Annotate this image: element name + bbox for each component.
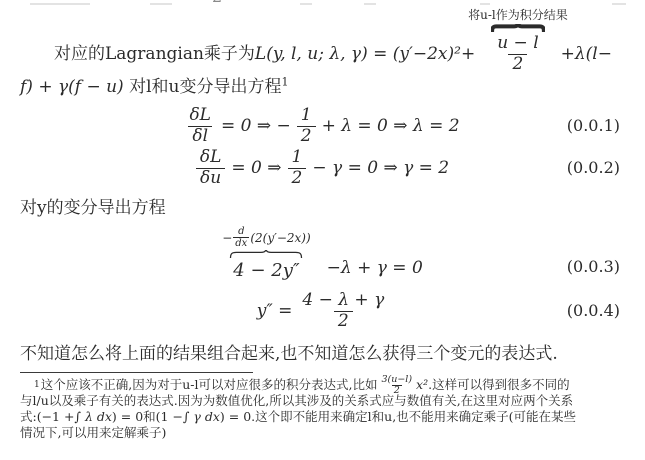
footnote-text: .这样可以得到很多不同的 (428, 377, 569, 393)
equation-number: (0.0.1) (567, 116, 620, 137)
equation-number: (0.0.3) (567, 257, 620, 278)
footnote-line: 1这个应该不正确,因为对于u-l可以对应很多的积分表达式,比如 3(u−l) 2… (20, 377, 631, 393)
clipped-mark (364, 3, 376, 5)
fraction-numerator: 3(u−l) (379, 375, 414, 385)
clipped-mark (300, 3, 312, 5)
fraction-numerator: δL (196, 148, 226, 168)
paragraph-line: f) + γ(f − u) 对l和u变分导出方程1 (20, 76, 629, 100)
footnote: 1这个应该不正确,因为对于u-l可以对应很多的积分表达式,比如 3(u−l) 2… (20, 377, 631, 441)
fraction: 1 2 (288, 148, 307, 188)
fraction: d dx (233, 226, 249, 250)
footnote-text: 这个应该不正确,因为对于u-l可以对应很多的积分表达式,比如 (41, 377, 378, 393)
clipped-mark (612, 3, 626, 5)
fraction-denominator: 2 (508, 54, 527, 75)
fraction: δL δl (185, 106, 215, 146)
equation-number: (0.0.4) (567, 301, 620, 322)
equation-text: = 0 ⇒ (231, 157, 281, 179)
equation-text: 4 − 2y″ (233, 259, 299, 282)
clipped-mark (150, 3, 172, 5)
footnote-text: ) = 0和(1 − (112, 409, 183, 425)
inline-math: ∫ λ dx (74, 409, 111, 425)
equation-text: y″ = (257, 300, 293, 322)
footnote-line: 式:(−1 + ∫ λ dx) = 0和(1 − ∫ γ dx) = 0.这个即… (20, 409, 631, 425)
fraction-denominator: δl (188, 126, 212, 147)
fraction-numerator: δL (185, 106, 215, 126)
overbrace-icon (229, 250, 303, 258)
equation-number: (0.0.2) (567, 158, 620, 179)
overbrace-annotation: 将u-l作为积分结果 (468, 8, 568, 24)
intro-paragraph: 对应的Lagrangian乘子为L(y, l, u; λ, γ) = (y′−2… (20, 36, 629, 100)
clipped-mark (480, 3, 490, 5)
footnote-text: 式:(−1 + (20, 409, 74, 425)
overbrace-annotation: − d dx (2(y′−2x)) (222, 226, 310, 250)
equation-body: y″ = 4 − λ + γ 2 (257, 291, 388, 331)
equation-text: + λ = 0 ⇒ λ = 2 (322, 115, 460, 137)
clipped-fragment: 2 (212, 0, 222, 7)
variation-paragraph: 对y的变分导出方程 (20, 197, 166, 219)
footnote-reference: 1 (282, 75, 289, 88)
footnote-rule (20, 372, 253, 373)
paragraph-text: 对应的Lagrangian乘子为 (54, 43, 255, 65)
inline-math: f) + γ(f − u) (20, 77, 124, 97)
document-page: 2 对应的Lagrangian乘子为L(y, l, u; λ, γ) = (y′… (0, 0, 645, 460)
fraction-numerator: 1 (288, 148, 307, 168)
fraction-numerator: 1 (297, 106, 316, 126)
fraction-numerator: 4 − λ + γ (298, 291, 388, 311)
equation-body: δL δl = 0 ⇒ − 1 2 + λ = 0 ⇒ λ = 2 (185, 106, 459, 146)
equation-text: −λ + γ = 0 (327, 257, 423, 282)
fraction-numerator: u − l (493, 34, 542, 54)
fraction-denominator: 2 (297, 126, 316, 147)
fraction: δL δu (196, 148, 226, 188)
footnote-line: 与l/u以及乘子有关的表达式.因为为数值优化,所以其涉及的关系式应与数值有关,在… (20, 393, 631, 409)
annotated-term: − d dx (2(y′−2x)) 4 − 2y″ (222, 226, 310, 282)
clipped-mark (30, 3, 90, 5)
fraction-denominator: δu (196, 168, 225, 189)
footnote-text: ) = 0.这个即不能用来确定l和u,也不能用来确定乘子(可能在某些 (220, 409, 576, 425)
annotated-fraction: 将u-l作为积分结果 u − l 2 (493, 34, 542, 74)
fraction-denominator: dx (233, 237, 249, 250)
fraction: u − l 2 (493, 34, 542, 74)
annotation-text: − (222, 232, 232, 244)
equation-004: y″ = 4 − λ + γ 2 (0.0.4) (20, 288, 625, 334)
equation-body: δL δu = 0 ⇒ 1 2 − γ = 0 ⇒ γ = 2 (196, 148, 449, 188)
equation-001: δL δl = 0 ⇒ − 1 2 + λ = 0 ⇒ λ = 2 (0.0.1… (20, 104, 625, 148)
equation-text: = 0 ⇒ − (221, 115, 291, 137)
fraction: 1 2 (297, 106, 316, 146)
closing-paragraph: 不知道怎么将上面的结果组合起来,也不知道怎么获得三个变元的表达式. (20, 343, 629, 365)
fraction: 4 − λ + γ 2 (298, 291, 388, 331)
overbrace-icon (491, 24, 545, 32)
fraction-denominator: 2 (334, 311, 353, 332)
fraction-numerator: d (236, 226, 246, 238)
inline-math: L(y, l, u; λ, γ) = (y′−2x)²+ (255, 43, 475, 65)
clipped-previous-line: 2 (0, 0, 645, 7)
inline-math: ∫ γ dx (183, 409, 220, 425)
equation-text: − γ = 0 ⇒ γ = 2 (312, 157, 449, 179)
fraction-denominator: 2 (288, 168, 307, 189)
inline-math: +λ(l− (561, 43, 612, 65)
footnote-line: 情况下,可以用来定解乘子) (20, 425, 631, 441)
inline-math: x² (416, 377, 428, 393)
equation-003: − d dx (2(y′−2x)) 4 − 2y″ −λ + γ = 0 (0.… (20, 228, 625, 282)
annotation-text: (2(y′−2x)) (250, 232, 310, 244)
paragraph-text: 对l和u变分导出方程 (124, 77, 282, 97)
equation-002: δL δu = 0 ⇒ 1 2 − γ = 0 ⇒ γ = 2 (0.0.2) (20, 146, 625, 190)
paragraph-line: 对应的Lagrangian乘子为L(y, l, u; λ, γ) = (y′−2… (20, 36, 629, 72)
